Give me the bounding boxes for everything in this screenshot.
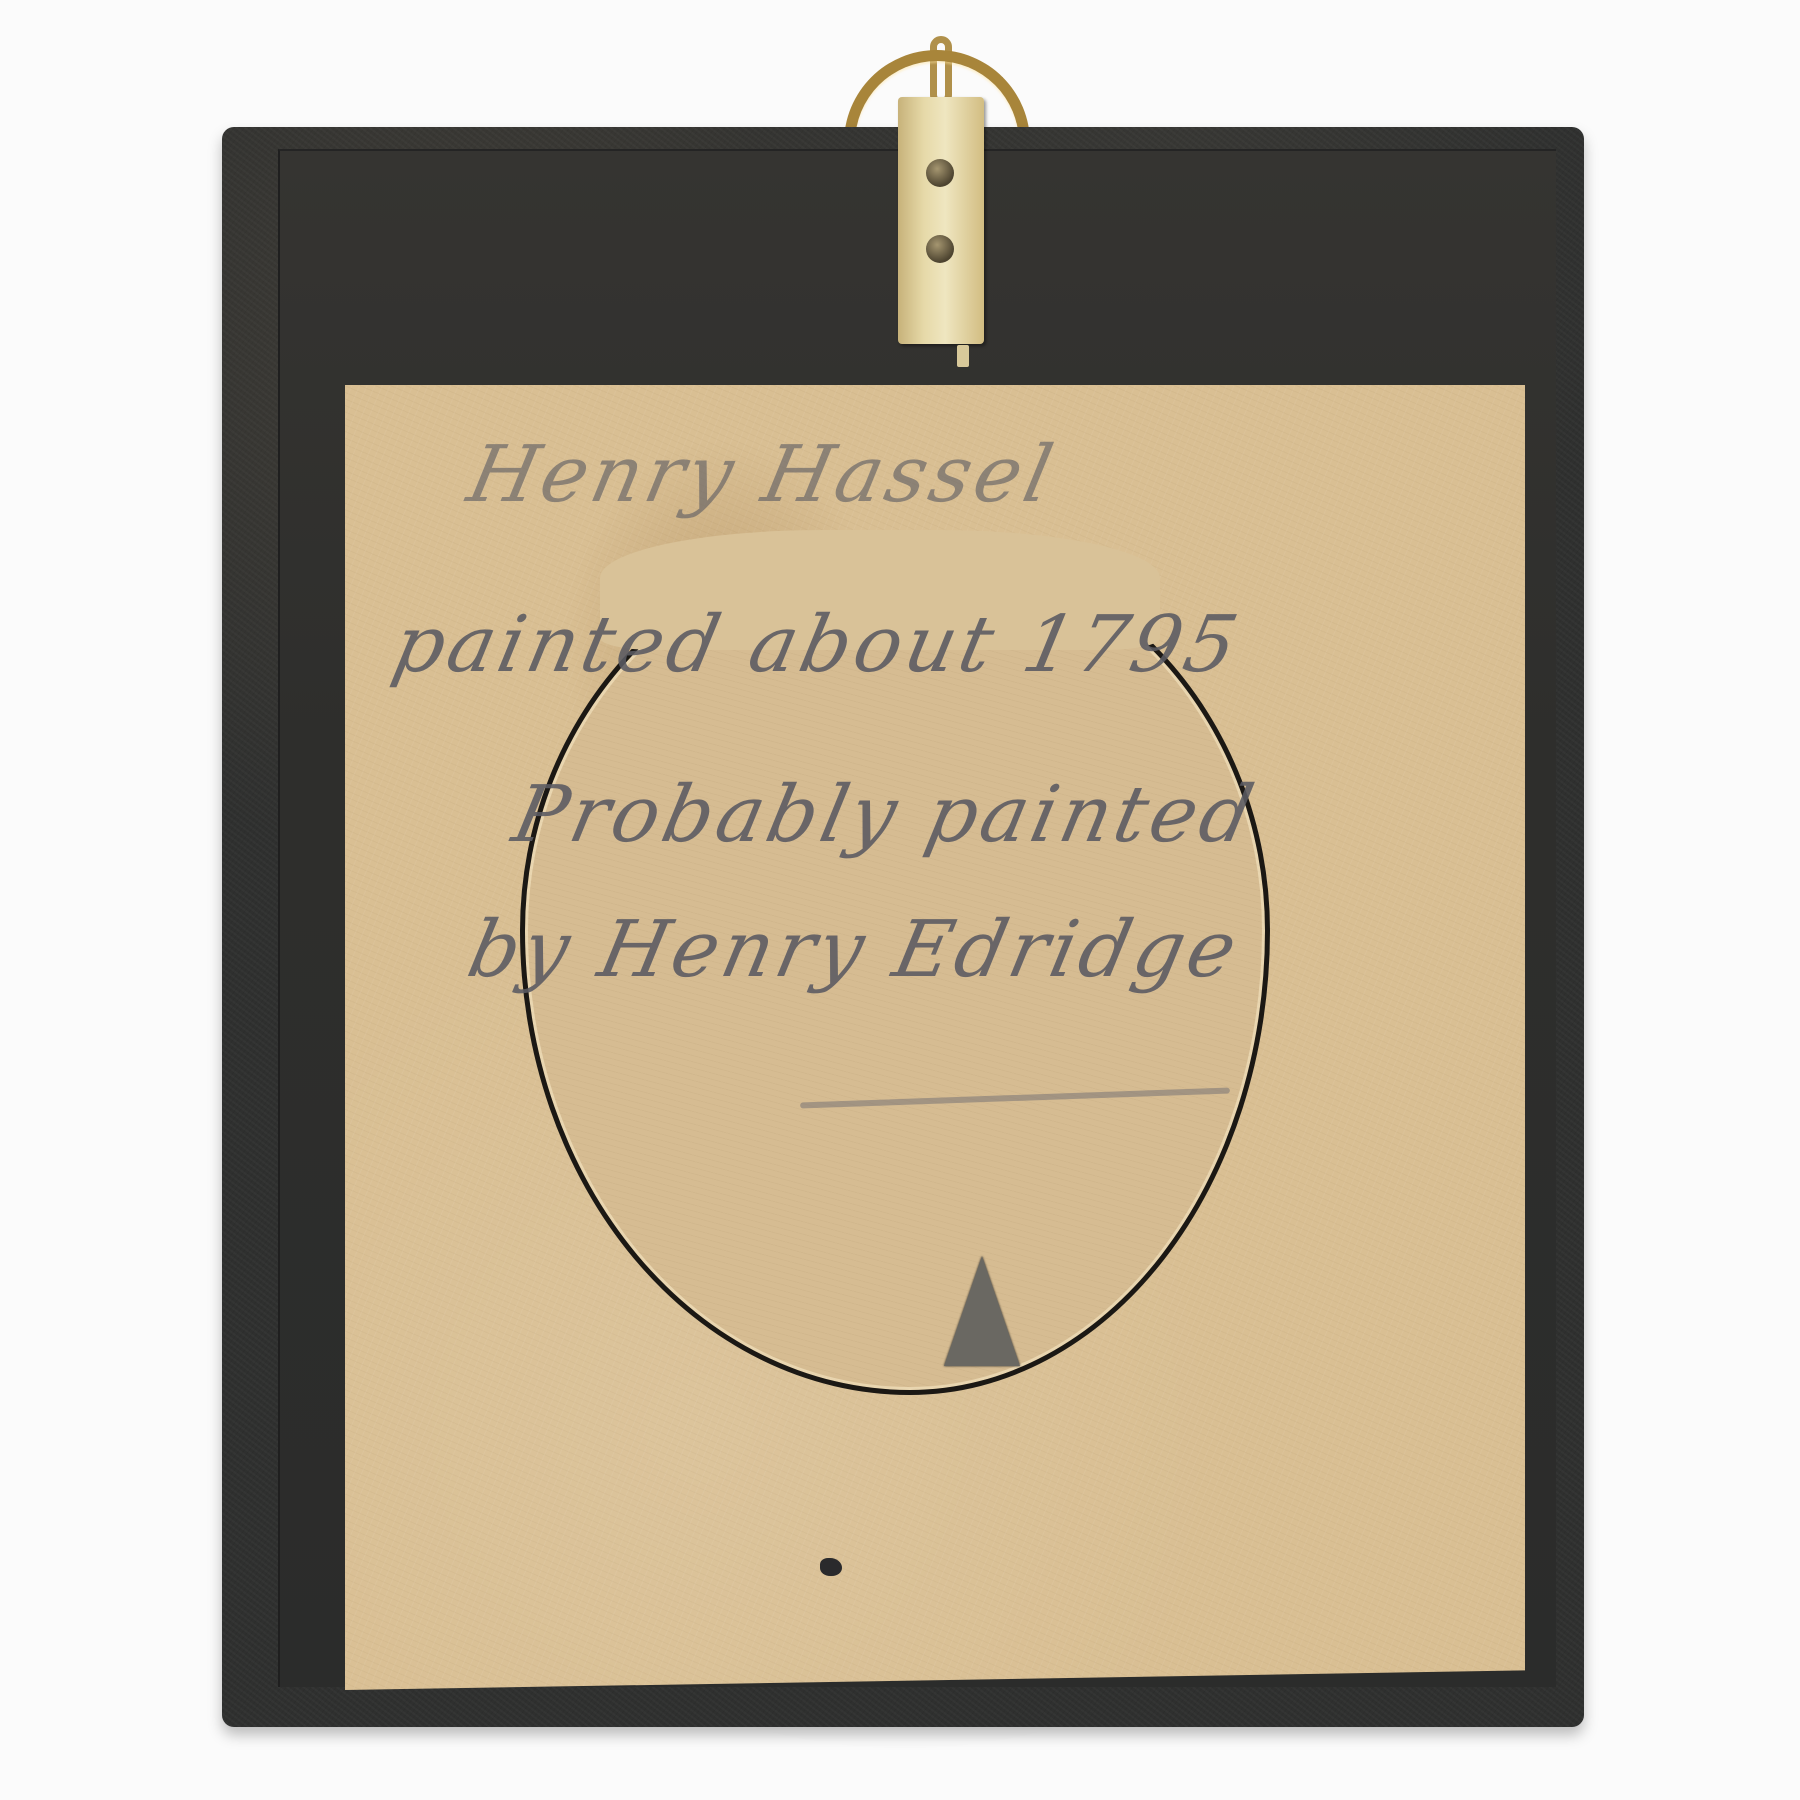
inscription-line-2: painted about 1795 xyxy=(385,600,1248,690)
photo-scene: Henry Hassel painted about 1795 Probably… xyxy=(0,0,1800,1800)
inscription-line-1: Henry Hassel xyxy=(460,430,1063,520)
inscription-line-4: by Henry Edridge xyxy=(460,905,1248,995)
rivet-icon xyxy=(926,159,954,187)
hanger-plate xyxy=(898,97,984,344)
inscription-line-3: Probably painted xyxy=(505,770,1264,860)
ink-spot xyxy=(820,1558,842,1576)
retaining-clip xyxy=(944,1256,1020,1366)
hanger-tab xyxy=(957,345,969,367)
rivet-icon xyxy=(926,235,954,263)
